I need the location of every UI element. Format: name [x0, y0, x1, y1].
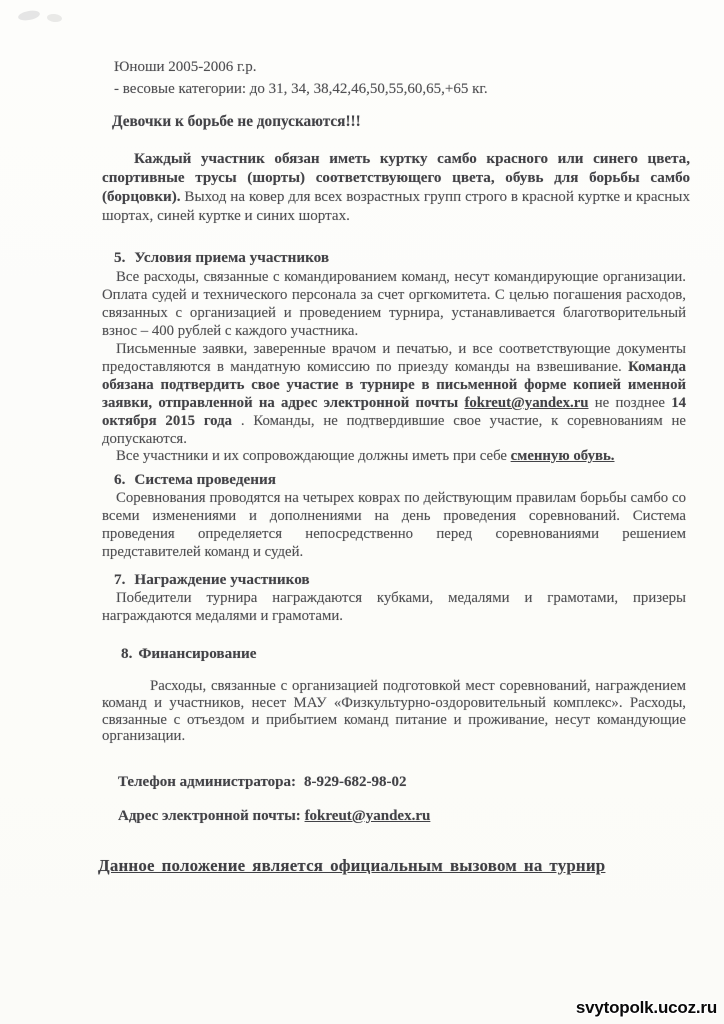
shoes-requirement-text: Все участники и их сопровождающие должны… [116, 448, 511, 464]
section-7-number: 7. [114, 571, 125, 589]
scan-artifact-mark [47, 13, 63, 23]
section-8-title: Финансирование [138, 645, 256, 662]
girls-notice: Девочки к борьбе не допускаются!!! [112, 113, 361, 131]
age-group-block: Юноши 2005-2006 г.р. - весовые категории… [114, 57, 674, 100]
section-8-heading: 8.Финансирование [121, 645, 256, 663]
official-invitation-notice: Данное положение является официальным вы… [98, 856, 698, 876]
applications-text: Письменные заявки, заверенные врачом и п… [102, 341, 686, 375]
weight-categories-line: - весовые категории: до 31, 34, 38,42,46… [114, 79, 674, 101]
scanned-document-page: Юноши 2005-2006 г.р. - весовые категории… [0, 0, 724, 1024]
email-line: Адрес электронной почты: fokreut@yandex.… [118, 808, 430, 825]
section-7-heading: 7.Награждение участников [114, 571, 310, 589]
site-watermark: svytopolk.ucoz.ru [576, 998, 717, 1018]
section-7-title: Награждение участников [134, 571, 309, 588]
scan-artifact-mark [17, 9, 40, 22]
uniform-paragraph: Каждый участник обязан иметь куртку самб… [102, 150, 690, 226]
shoes-requirement-bold: сменную обувь. [511, 448, 615, 464]
section-5-paragraph-1: Все расходы, связанные с командированием… [102, 268, 686, 340]
section-6-number: 6. [114, 471, 125, 489]
section-6-paragraph: Соревнования проводятся на четырех ковра… [102, 489, 686, 561]
phone-label: Телефон администратора: [118, 774, 296, 790]
section-5-paragraph-3: Все участники и их сопровождающие должны… [102, 447, 686, 465]
uniform-requirement-regular: Выход на ковер для всех возрастных групп… [102, 189, 690, 224]
deadline-prefix: не позднее [589, 395, 672, 411]
section-5-heading: 5.Условия приема участников [114, 249, 329, 267]
section-7-paragraph: Победители турнира награждаются кубками,… [102, 589, 686, 625]
section-5-number: 5. [114, 249, 125, 267]
section-5-title: Условия приема участников [134, 249, 329, 266]
section-5-paragraph-2: Письменные заявки, заверенные врачом и п… [102, 340, 686, 448]
email-label: Адрес электронной почты: [118, 808, 301, 824]
email-link-text: fokreut@yandex.ru [464, 395, 588, 411]
section-8-paragraph: Расходы, связанные с организацией подгот… [102, 678, 686, 745]
admin-phone-line: Телефон администратора:8-929-682-98-02 [118, 774, 407, 791]
section-8-number: 8. [121, 645, 132, 663]
email-address: fokreut@yandex.ru [305, 808, 431, 824]
age-group-line: Юноши 2005-2006 г.р. [114, 57, 674, 79]
section-6-heading: 6.Система проведения [114, 471, 276, 489]
phone-number: 8-929-682-98-02 [304, 774, 406, 790]
section-6-title: Система проведения [134, 471, 276, 488]
